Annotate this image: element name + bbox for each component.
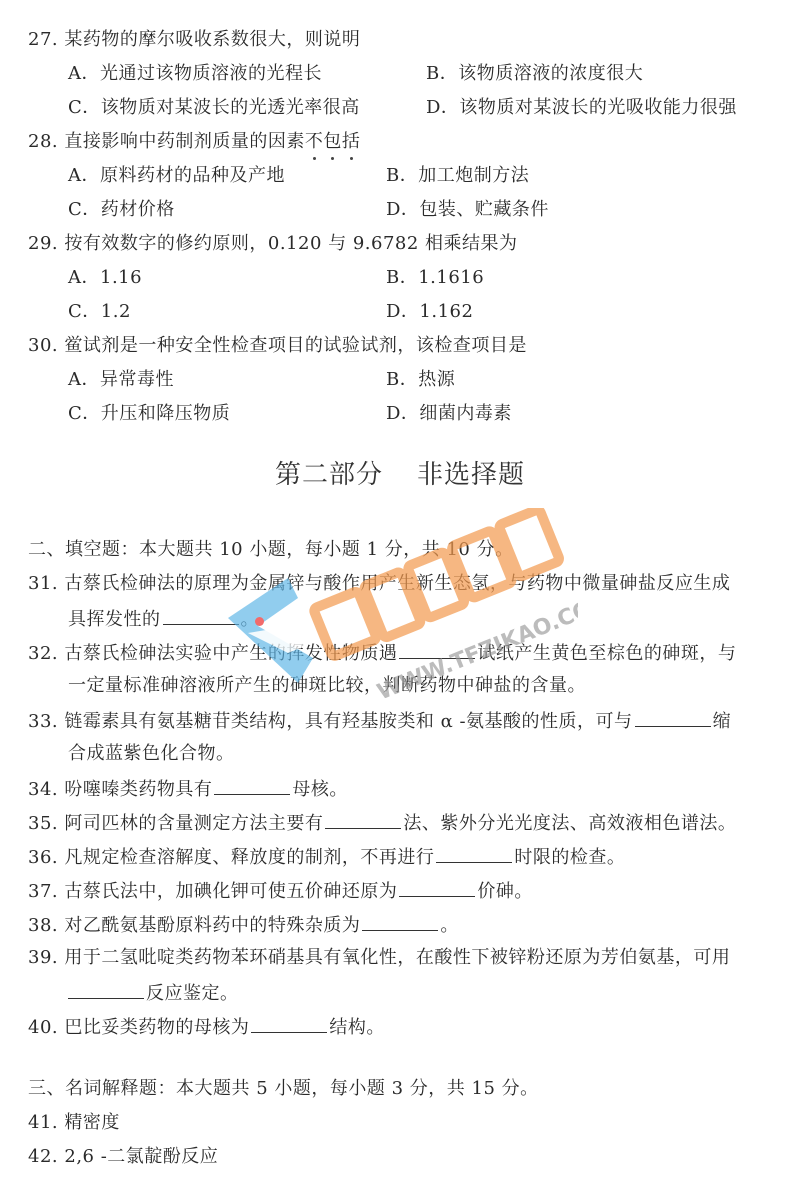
answer-blank — [362, 912, 438, 931]
question-text: 具挥发性的 — [68, 609, 161, 630]
answer-blank — [163, 606, 239, 625]
answer-blank — [214, 776, 290, 795]
option-d: D．包装、贮藏条件 — [386, 198, 549, 222]
emphasis-char: 不 — [305, 130, 324, 154]
option-d: D．1.162 — [386, 300, 473, 324]
answer-blank — [635, 708, 711, 727]
question-text: 凡规定检查溶解度、释放度的制剂，不再进行 — [64, 847, 434, 868]
question-stem: 某药物的摩尔吸收系数很大，则说明 — [64, 29, 360, 50]
question-text: 对乙酰氨基酚原料药中的特殊杂质为 — [64, 915, 360, 936]
option-c: C．该物质对某波长的光透光率很高 — [68, 96, 360, 120]
answer-blank — [68, 980, 144, 999]
answer-blank — [251, 1014, 327, 1033]
question-27: 27. 某药物的摩尔吸收系数很大，则说明 — [28, 28, 360, 52]
question-29: 29. 按有效数字的修约原则，0.120 与 9.6782 相乘结果为 — [28, 232, 518, 256]
option-d: D．细菌内毒素 — [386, 402, 512, 426]
question-28: 28. 直接影响中药制剂质量的因素不包括 — [28, 130, 360, 154]
question-text: 链霉素具有氨基糖苷类结构，具有羟基胺类和 α -氨基酸的性质，可与 — [64, 711, 632, 732]
question-text: 时限的检查。 — [514, 847, 625, 868]
question-text: 阿司匹林的含量测定方法主要有 — [64, 813, 323, 834]
question-number: 41. — [28, 1111, 58, 1135]
question-number: 29. — [28, 232, 58, 256]
part-title-b: 非选择题 — [417, 460, 525, 490]
question-32: 32. 古蔡氏检砷法实验中产生的挥发性物质遇试纸产生黄色至棕色的砷斑，与 — [28, 640, 736, 666]
option-b: B．加工炮制方法 — [386, 164, 529, 188]
option-c: C．升压和降压物质 — [68, 402, 230, 426]
question-35: 35. 阿司匹林的含量测定方法主要有法、紫外分光光度法、高效液相色谱法。 — [28, 810, 736, 836]
question-39: 39. 用于二氢吡啶类药物苯环硝基具有氧化性，在酸性下被锌粉还原为芳伯氨基，可用 — [28, 946, 730, 970]
option-a: A．原料药材的品种及产地 — [68, 164, 285, 188]
option-c: C．1.2 — [68, 300, 131, 324]
question-text: 。 — [440, 915, 459, 936]
question-36: 36. 凡规定检查溶解度、释放度的制剂，不再进行时限的检查。 — [28, 844, 625, 870]
part-title-a: 第二部分 — [275, 460, 383, 490]
option-b: B．热源 — [386, 368, 455, 392]
question-41: 41. 精密度 — [28, 1111, 120, 1135]
question-text: 法、紫外分光光度法、高效液相色谱法。 — [403, 813, 736, 834]
option-b: B．1.1616 — [386, 266, 484, 290]
watermark-logo: WWW.TFZIKAO.COM — [218, 508, 578, 698]
question-number: 36. — [28, 846, 58, 870]
question-number: 40. — [28, 1016, 58, 1040]
question-text: 价砷。 — [477, 881, 533, 902]
question-text: 古蔡氏检砷法的原理为金属锌与酸作用产生新生态氢，与药物中微量砷盐反应生成 — [64, 573, 730, 594]
question-stem: 按有效数字的修约原则，0.120 与 9.6782 相乘结果为 — [64, 233, 517, 254]
question-42: 42. 2,6 -二氯靛酚反应 — [28, 1145, 218, 1169]
question-33: 33. 链霉素具有氨基糖苷类结构，具有羟基胺类和 α -氨基酸的性质，可与缩 — [28, 708, 731, 734]
question-text: 试纸产生黄色至棕色的砷斑，与 — [477, 643, 736, 664]
answer-blank — [436, 844, 512, 863]
option-a: A．光通过该物质溶液的光程长 — [68, 62, 322, 86]
question-38: 38. 对乙酰氨基酚原料药中的特殊杂质为。 — [28, 912, 459, 938]
question-text: 巴比妥类药物的母核为 — [64, 1017, 249, 1038]
question-number: 38. — [28, 914, 58, 938]
question-stem: 鲎试剂是一种安全性检查项目的试验试剂，该检查项目是 — [64, 335, 527, 356]
question-39-line2: 反应鉴定。 — [68, 980, 239, 1006]
question-text: 精密度 — [64, 1112, 120, 1133]
question-33-line2: 合成蓝紫色化合物。 — [68, 742, 235, 766]
question-34: 34. 吩噻嗪类药物具有母核。 — [28, 776, 348, 802]
option-d: D．该物质对某波长的光吸收能力很强 — [426, 96, 737, 120]
question-number: 35. — [28, 812, 58, 836]
question-31-line2: 具挥发性的。 — [68, 606, 259, 632]
question-32-line2: 一定量标准砷溶液所产生的砷斑比较，判断药物中砷盐的含量。 — [68, 674, 586, 698]
question-text: 反应鉴定。 — [146, 983, 239, 1004]
question-30: 30. 鲎试剂是一种安全性检查项目的试验试剂，该检查项目是 — [28, 334, 527, 358]
question-31: 31. 古蔡氏检砷法的原理为金属锌与酸作用产生新生态氢，与药物中微量砷盐反应生成 — [28, 572, 730, 596]
question-number: 34. — [28, 778, 58, 802]
question-text: 2,6 -二氯靛酚反应 — [64, 1146, 218, 1167]
emphasis-char: 包 — [323, 130, 342, 154]
option-c: C．药材价格 — [68, 198, 175, 222]
question-37: 37. 古蔡氏法中，加碘化钾可使五价砷还原为价砷。 — [28, 878, 533, 904]
answer-blank — [399, 878, 475, 897]
section-heading-terms: 三、名词解释题：本大题共 5 小题，每小题 3 分，共 15 分。 — [28, 1077, 539, 1101]
question-number: 27. — [28, 28, 58, 52]
part-title: 第二部分非选择题 — [0, 459, 800, 491]
option-a: A．1.16 — [68, 266, 142, 290]
question-text: 母核。 — [292, 779, 348, 800]
answer-blank — [325, 810, 401, 829]
question-stem: 直接影响中药制剂质量的因素 — [64, 131, 305, 152]
option-b: B．该物质溶液的浓度很大 — [426, 62, 643, 86]
question-number: 28. — [28, 130, 58, 154]
question-text: 结构。 — [329, 1017, 385, 1038]
question-number: 32. — [28, 642, 58, 666]
question-text: 用于二氢吡啶类药物苯环硝基具有氧化性，在酸性下被锌粉还原为芳伯氨基，可用 — [64, 947, 730, 968]
question-text: 缩 — [713, 711, 732, 732]
question-40: 40. 巴比妥类药物的母核为结构。 — [28, 1014, 385, 1040]
answer-blank — [399, 640, 475, 659]
question-number: 39. — [28, 946, 58, 970]
question-number: 30. — [28, 334, 58, 358]
watermark-dot — [255, 617, 264, 626]
question-text: 吩噻嗪类药物具有 — [64, 779, 212, 800]
question-number: 33. — [28, 710, 58, 734]
question-number: 37. — [28, 880, 58, 904]
emphasis-char: 括 — [342, 130, 361, 154]
exam-page: 27. 某药物的摩尔吸收系数很大，则说明 A．光通过该物质溶液的光程长 B．该物… — [0, 0, 800, 1193]
question-text: 古蔡氏法中，加碘化钾可使五价砷还原为 — [64, 881, 397, 902]
section-heading-fill-in: 二、填空题：本大题共 10 小题，每小题 1 分，共 10 分。 — [28, 538, 514, 562]
question-text: 古蔡氏检砷法实验中产生的挥发性物质遇 — [64, 643, 397, 664]
option-a: A．异常毒性 — [68, 368, 174, 392]
question-number: 31. — [28, 572, 58, 596]
question-number: 42. — [28, 1145, 58, 1169]
